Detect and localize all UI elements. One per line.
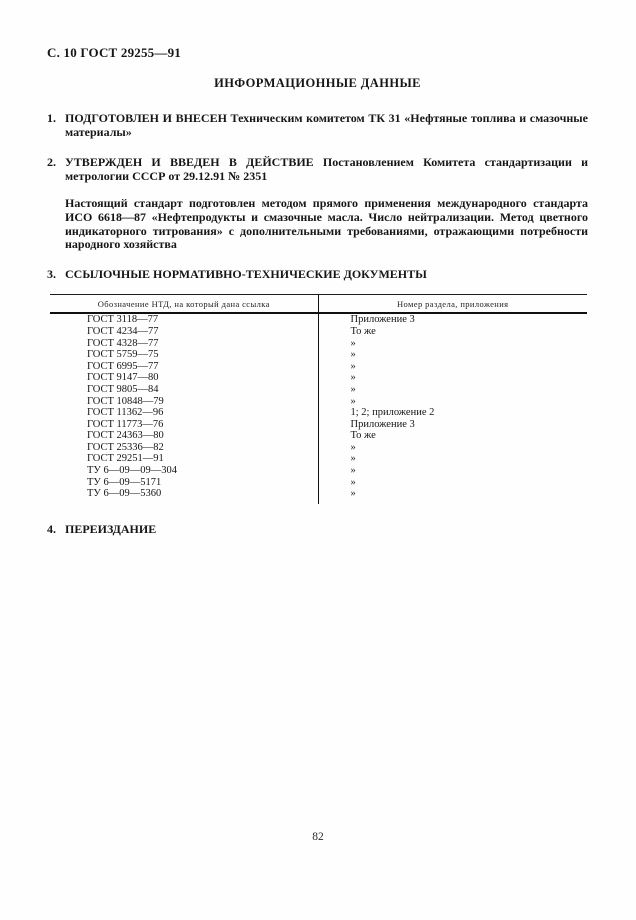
section-number-cell: То же bbox=[318, 430, 587, 442]
ntd-designation-cell: ГОСТ 10848—79 bbox=[50, 396, 318, 408]
ntd-designation-cell: ТУ 6—09—5171 bbox=[50, 477, 318, 489]
ntd-designation-cell: ГОСТ 4328—77 bbox=[50, 338, 318, 350]
ntd-designation-cell: ГОСТ 24363—80 bbox=[50, 430, 318, 442]
ntd-designation-cell: ГОСТ 9805—84 bbox=[50, 384, 318, 396]
table-row: ГОСТ 11773—76 Приложение 3 bbox=[50, 419, 587, 431]
ntd-designation-cell: ГОСТ 11362—96 bbox=[50, 407, 318, 419]
standard-note-paragraph: Настоящий стандарт подготовлен методом п… bbox=[65, 197, 588, 251]
table-row: ГОСТ 9147—80 » bbox=[50, 372, 587, 384]
table-row: ТУ 6—09—5360 » bbox=[50, 488, 587, 504]
item-text: ПОДГОТОВЛЕН И ВНЕСЕН Техническим комитет… bbox=[65, 112, 588, 139]
info-item-2: 2. УТВЕРЖДЕН И ВВЕДЕН В ДЕЙСТВИЕ Постано… bbox=[47, 156, 588, 183]
info-item-1: 1. ПОДГОТОВЛЕН И ВНЕСЕН Техническим коми… bbox=[47, 112, 588, 139]
info-item-4: 4. ПЕРЕИЗДАНИЕ bbox=[47, 523, 588, 537]
section-number-cell: » bbox=[318, 338, 587, 350]
ntd-designation-cell: ГОСТ 25336—82 bbox=[50, 442, 318, 454]
section-number-cell: Приложение 3 bbox=[318, 313, 587, 326]
references-table-head: Обозначение НТД, на который дана ссылка … bbox=[50, 295, 587, 314]
ntd-designation-cell: ГОСТ 9147—80 bbox=[50, 372, 318, 384]
page-content: С. 10 ГОСТ 29255—91 ИНФОРМАЦИОННЫЕ ДАННЫ… bbox=[0, 0, 636, 536]
section-number-cell: 1; 2; приложение 2 bbox=[318, 407, 587, 419]
section-number-cell: » bbox=[318, 384, 587, 396]
table-row: ГОСТ 4234—77 То же bbox=[50, 326, 587, 338]
table-header-ntd: Обозначение НТД, на который дана ссылка bbox=[50, 295, 318, 314]
table-row: ГОСТ 5759—75 » bbox=[50, 349, 587, 361]
section-number-cell: » bbox=[318, 453, 587, 465]
table-row: ТУ 6—09—09—304 » bbox=[50, 465, 587, 477]
ntd-designation-cell: ГОСТ 6995—77 bbox=[50, 361, 318, 373]
section-title: ИНФОРМАЦИОННЫЕ ДАННЫЕ bbox=[47, 76, 588, 91]
section-number-cell: » bbox=[318, 372, 587, 384]
table-row: ГОСТ 24363—80 То же bbox=[50, 430, 587, 442]
table-header-row: Обозначение НТД, на который дана ссылка … bbox=[50, 295, 587, 314]
ntd-designation-cell: ГОСТ 3118—77 bbox=[50, 313, 318, 326]
ntd-designation-cell: ТУ 6—09—5360 bbox=[50, 488, 318, 504]
table-row: ГОСТ 6995—77 » bbox=[50, 361, 587, 373]
info-item-3: 3. ССЫЛОЧНЫЕ НОРМАТИВНО-ТЕХНИЧЕСКИЕ ДОКУ… bbox=[47, 268, 588, 282]
item-number: 1. bbox=[47, 112, 65, 139]
table-header-section: Номер раздела, приложения bbox=[318, 295, 587, 314]
ntd-designation-cell: ГОСТ 29251—91 bbox=[50, 453, 318, 465]
section-number-cell: » bbox=[318, 349, 587, 361]
section-number-cell: » bbox=[318, 442, 587, 454]
references-table-body: ГОСТ 3118—77 Приложение 3 ГОСТ 4234—77 Т… bbox=[50, 313, 587, 504]
ntd-designation-cell: ГОСТ 4234—77 bbox=[50, 326, 318, 338]
running-header: С. 10 ГОСТ 29255—91 bbox=[47, 45, 588, 61]
table-row: ГОСТ 9805—84 » bbox=[50, 384, 587, 396]
ntd-designation-cell: ГОСТ 5759—75 bbox=[50, 349, 318, 361]
table-row: ГОСТ 4328—77 » bbox=[50, 338, 587, 350]
table-row: ТУ 6—09—5171 » bbox=[50, 477, 587, 489]
page-number: 82 bbox=[0, 831, 636, 843]
item-text: ПЕРЕИЗДАНИЕ bbox=[65, 523, 588, 537]
section-number-cell: Приложение 3 bbox=[318, 419, 587, 431]
section-number-cell: » bbox=[318, 361, 587, 373]
section-number-cell: » bbox=[318, 465, 587, 477]
section-number-cell: » bbox=[318, 477, 587, 489]
item-text: ССЫЛОЧНЫЕ НОРМАТИВНО-ТЕХНИЧЕСКИЕ ДОКУМЕН… bbox=[65, 268, 588, 282]
section-number-cell: » bbox=[318, 488, 587, 504]
table-row: ГОСТ 10848—79 » bbox=[50, 396, 587, 408]
item-number: 4. bbox=[47, 523, 65, 537]
section-number-cell: » bbox=[318, 396, 587, 408]
table-row: ГОСТ 29251—91 » bbox=[50, 453, 587, 465]
table-row: ГОСТ 11362—96 1; 2; приложение 2 bbox=[50, 407, 587, 419]
ntd-designation-cell: ГОСТ 11773—76 bbox=[50, 419, 318, 431]
references-table: Обозначение НТД, на который дана ссылка … bbox=[50, 294, 587, 504]
item-number: 2. bbox=[47, 156, 65, 183]
section-number-cell: То же bbox=[318, 326, 587, 338]
ntd-designation-cell: ТУ 6—09—09—304 bbox=[50, 465, 318, 477]
item-text: УТВЕРЖДЕН И ВВЕДЕН В ДЕЙСТВИЕ Постановле… bbox=[65, 156, 588, 183]
document-page: С. 10 ГОСТ 29255—91 ИНФОРМАЦИОННЫЕ ДАННЫ… bbox=[0, 0, 636, 920]
table-row: ГОСТ 25336—82 » bbox=[50, 442, 587, 454]
table-row: ГОСТ 3118—77 Приложение 3 bbox=[50, 313, 587, 326]
item-number: 3. bbox=[47, 268, 65, 282]
